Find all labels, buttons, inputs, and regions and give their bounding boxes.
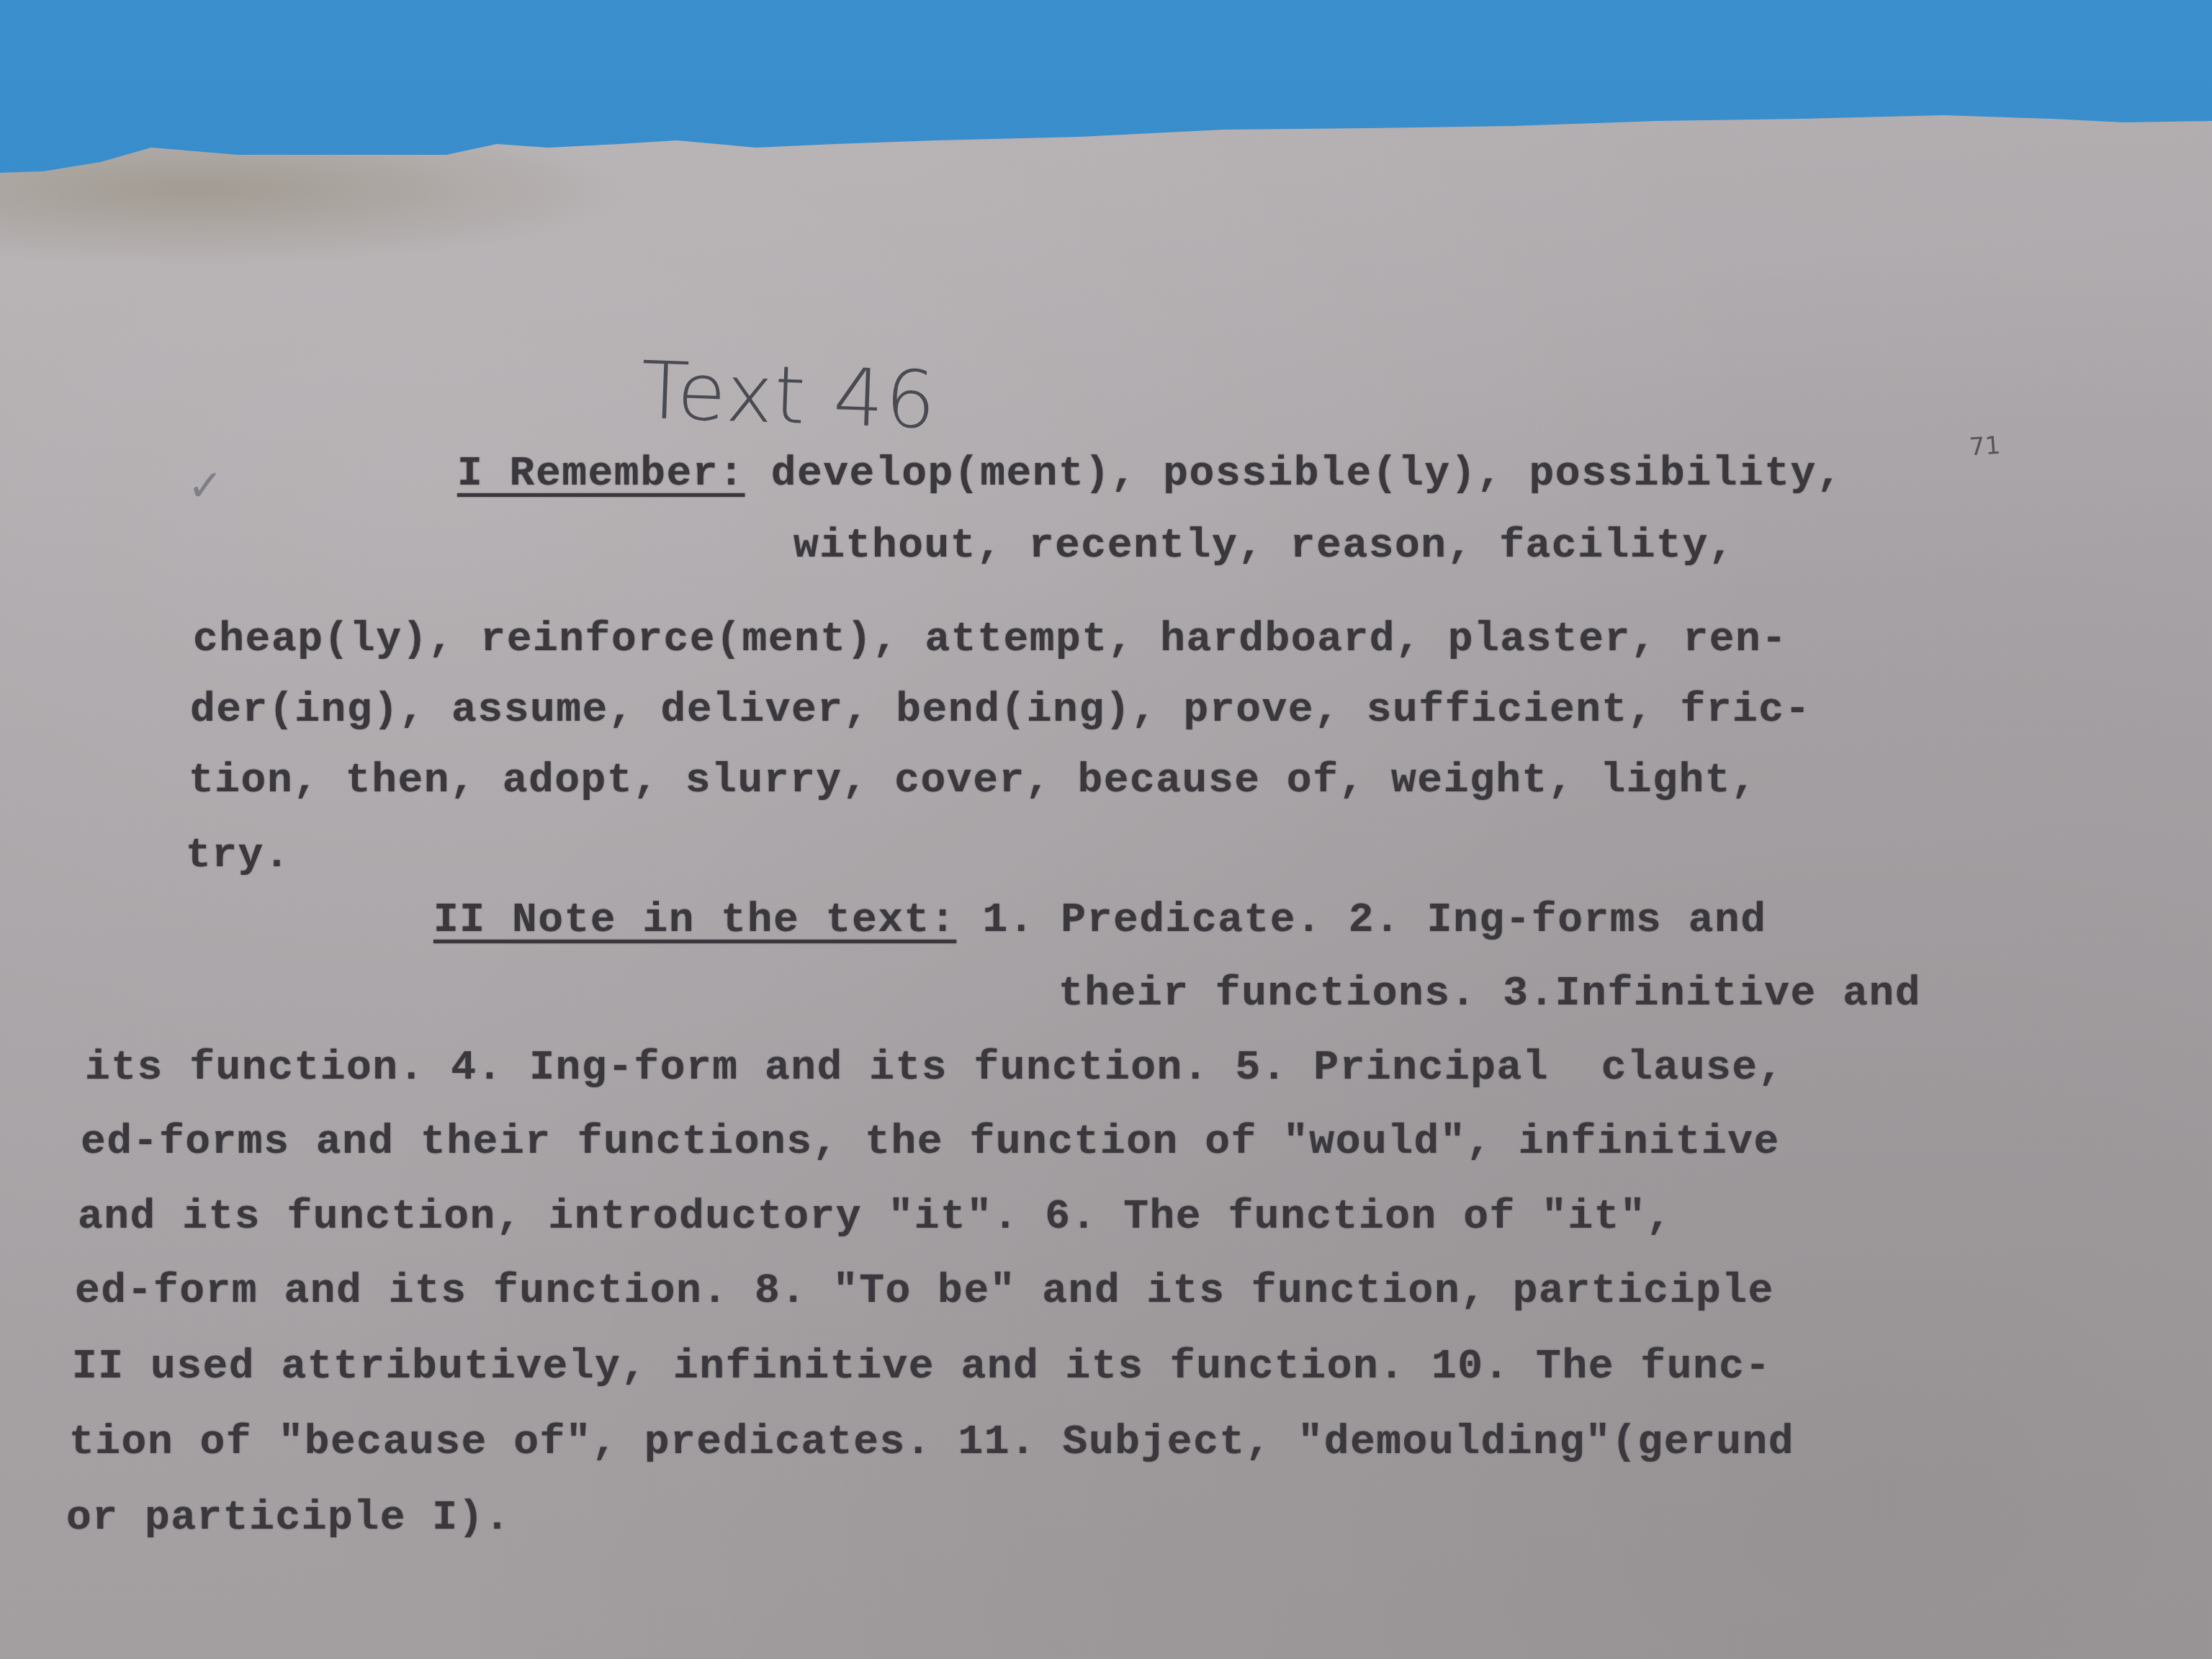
text-line: tion, then, adopt, slurry, cover, becaus… <box>189 760 1757 802</box>
text-line: or participle I). <box>66 1498 511 1539</box>
text-line: without, recently, reason, facility, <box>793 526 1735 567</box>
paper-sheet: Text 46 71 ✓ I Remember: develop(ment), … <box>0 0 2212 1659</box>
handwritten-page-mark: 71 <box>1969 431 2002 462</box>
section-1-first-line: I Remember: develop(ment), possible(ly),… <box>457 454 1843 495</box>
text-line: II used attributively, infinitive and it… <box>72 1346 1771 1388</box>
text-line: der(ing), assume, deliver, bend(ing), pr… <box>190 690 1811 732</box>
section-1-heading: I Remember: <box>457 451 745 498</box>
text-line: try. <box>186 835 290 877</box>
text-line: and its function, introductory "it". 6. … <box>78 1197 1673 1238</box>
text-line: cheap(ly), reinforce(ment), attempt, har… <box>193 619 1788 661</box>
check-mark-icon: ✓ <box>187 461 223 511</box>
section-2-heading: II Note in the text: <box>433 897 956 944</box>
text-line: 1. Predicate. 2. Ing-forms and <box>956 897 1766 944</box>
text-line: develop(ment), possible(ly), possibility… <box>745 451 1843 498</box>
text-line: their functions. 3.Infinitive and <box>1058 974 1921 1015</box>
section-2-first-line: II Note in the text: 1. Predicate. 2. In… <box>433 900 1767 942</box>
text-line: ed-form and its function. 8. "To be" and… <box>75 1271 1774 1313</box>
text-line: tion of "because of", predicates. 11. Su… <box>69 1422 1794 1464</box>
text-line: its function. 4. Ing-form and its functi… <box>85 1048 1784 1089</box>
handwritten-title: Text 46 <box>639 344 939 446</box>
text-line: ed-forms and their functions, the functi… <box>81 1122 1780 1164</box>
